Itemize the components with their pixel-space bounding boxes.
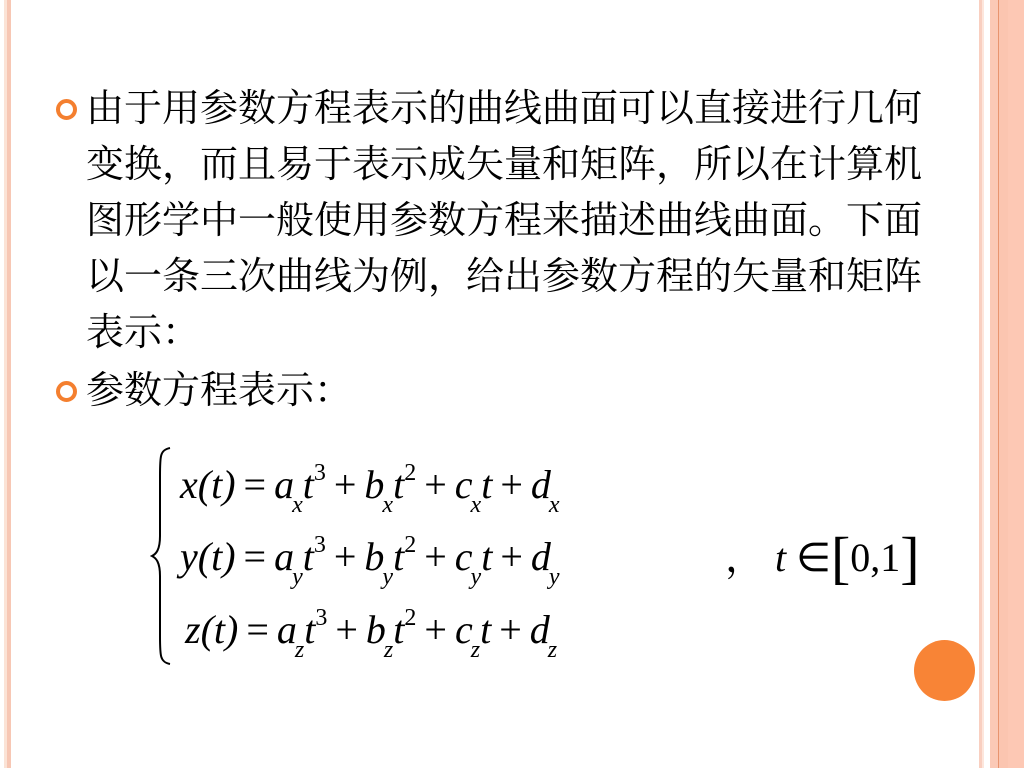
- var-t: t: [303, 462, 314, 507]
- plus-sign: +: [424, 607, 447, 652]
- left-brace-icon: [150, 446, 172, 666]
- open-bracket: [: [831, 525, 850, 590]
- plus-sign: +: [424, 534, 447, 579]
- lhs-y: y(t): [180, 534, 236, 579]
- parameter-domain: ， t ∈[0,1]: [725, 524, 920, 591]
- coef-d: d: [530, 607, 550, 652]
- equals-sign: =: [244, 462, 267, 507]
- right-decorative-stripe-4: [999, 0, 1008, 768]
- subscript: y: [471, 564, 482, 590]
- var-t: t: [393, 607, 404, 652]
- ring-bullet-icon: [56, 99, 77, 120]
- comma: ，: [725, 535, 765, 580]
- plus-sign: +: [500, 534, 523, 579]
- close-bracket: ]: [900, 525, 919, 590]
- subscript: x: [471, 492, 482, 518]
- ring-bullet-icon: [56, 381, 77, 402]
- plus-sign: +: [499, 607, 522, 652]
- exponent-2: 2: [404, 605, 416, 631]
- element-of-symbol: ∈: [796, 535, 831, 580]
- exponent-3: 3: [314, 532, 326, 558]
- domain-range: 0,1: [850, 535, 900, 580]
- subscript: y: [292, 564, 303, 590]
- lhs-x: x(t): [180, 462, 236, 507]
- parametric-equation-system: x(t)=axt3+bxt2+cxt+dx y(t)=ayt3+byt2+cyt…: [145, 440, 905, 675]
- subscript: x: [382, 492, 393, 518]
- plus-sign: +: [334, 462, 357, 507]
- subscript: x: [549, 492, 560, 518]
- var-t: t: [393, 462, 404, 507]
- slide-body: 由于用参数方程表示的曲线曲面可以直接进行几何变换，而且易于表示成矢量和矩阵，所以…: [56, 80, 956, 418]
- var-t: t: [481, 462, 492, 507]
- bullet-intro: 由于用参数方程表示的曲线曲面可以直接进行几何变换，而且易于表示成矢量和矩阵，所以…: [56, 80, 956, 360]
- var-t: t: [304, 607, 315, 652]
- bullet-intro-text: 由于用参数方程表示的曲线曲面可以直接进行几何变换，而且易于表示成矢量和矩阵，所以…: [86, 80, 956, 360]
- equation-row-z: z(t)=azt3+bzt2+czt+dz: [185, 605, 557, 664]
- subscript: z: [548, 637, 557, 663]
- right-decorative-stripe-3: [990, 0, 998, 768]
- subscript: z: [384, 637, 393, 663]
- var-t: t: [393, 534, 404, 579]
- plus-sign: +: [334, 534, 357, 579]
- var-t: t: [303, 534, 314, 579]
- lhs-z: z(t): [185, 607, 238, 652]
- coef-d: d: [531, 462, 551, 507]
- var-t: t: [480, 607, 491, 652]
- exponent-3: 3: [315, 605, 327, 631]
- domain-var-t: t: [775, 535, 786, 580]
- subscript: y: [549, 564, 560, 590]
- decorative-orange-dot: [914, 640, 975, 701]
- subscript: z: [471, 637, 480, 663]
- left-decorative-stripe-inner: [7, 0, 11, 768]
- equation-row-y: y(t)=ayt3+byt2+cyt+dy: [180, 532, 560, 591]
- plus-sign: +: [335, 607, 358, 652]
- right-decorative-stripe-5: [1008, 0, 1024, 768]
- right-decorative-stripe-2: [982, 0, 984, 768]
- coef-c: c: [455, 462, 473, 507]
- coef-d: d: [531, 534, 551, 579]
- exponent-2: 2: [404, 532, 416, 558]
- var-t: t: [481, 534, 492, 579]
- plus-sign: +: [424, 462, 447, 507]
- bullet-parametric-text: 参数方程表示：: [86, 362, 956, 418]
- plus-sign: +: [500, 462, 523, 507]
- subscript: x: [292, 492, 303, 518]
- coef-b: b: [366, 607, 386, 652]
- equals-sign: =: [244, 534, 267, 579]
- bullet-parametric: 参数方程表示：: [56, 362, 956, 418]
- exponent-2: 2: [404, 460, 416, 486]
- exponent-3: 3: [314, 460, 326, 486]
- subscript: z: [295, 637, 304, 663]
- equals-sign: =: [246, 607, 269, 652]
- equation-row-x: x(t)=axt3+bxt2+cxt+dx: [180, 460, 560, 519]
- subscript: y: [382, 564, 393, 590]
- coef-c: c: [455, 534, 473, 579]
- coef-a: a: [277, 607, 297, 652]
